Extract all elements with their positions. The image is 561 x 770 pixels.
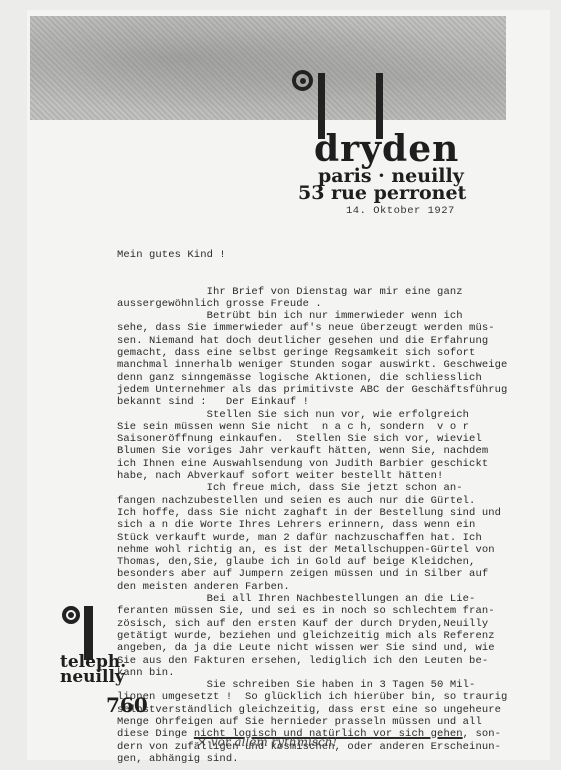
scan-smudge [30,16,506,120]
text-line: lionen umgesetzt ! So glücklich ich hier… [117,691,517,703]
salutation: Mein gutes Kind ! [117,249,517,261]
text-line: gemacht, dass eine selbst geringe Regsam… [117,347,517,359]
text-line: Ich hoffe, dass Sie nicht zaghaft in der… [117,507,517,519]
ring-icon [62,606,80,624]
text-line: Saisoneröffnung einkaufen. Stellen Sie s… [117,433,517,445]
text-line: Thomas, den,Sie, glaube ich in Gold auf … [117,556,517,568]
text-line: habe, nach Abverkauf sofort weiter beste… [117,470,517,482]
text-line: Betrübt bin ich nur immerwieder wenn ich [117,310,517,322]
text-line: denn ganz sinngemässe logische Aktionen,… [117,372,517,384]
text-line: nehme wohl richtig an, es ist der Metall… [117,544,517,556]
body-text: Ihr Brief von Dienstag war mir eine ganz… [117,286,517,766]
text-line: angeben, da ja die Leute nicht wissen we… [117,642,517,654]
text-line: gen, abhängig sind. [117,753,517,765]
text-line: Stück verkauft wurde, man 2 dafür nachzu… [117,532,517,544]
text-line: Ich freue mich, dass Sie jetzt schon an- [117,482,517,494]
text-line: bekannt sind : Der Einkauf ! [117,396,517,408]
text-line: Blumen Sie voriges Jahr verkauft hätten,… [117,445,517,457]
telephone-block: teleph. neuilly [60,655,126,685]
company-name: dryden [314,128,459,170]
text-line: aussergewöhnlich grosse Freude . [117,298,517,310]
text-line: jedem Unternehmer als das primitivste AB… [117,384,517,396]
text-line: Menge Ohrfeigen auf Sie hernieder prasse… [117,716,517,728]
telephone-number: 760 [106,693,148,717]
text-line: fangen nachzubestellen und seien es auch… [117,495,517,507]
text-line: zösisch, sich auf den ersten Kauf der du… [117,618,517,630]
text-line: Stellen Sie sich nun vor, wie erfolgreic… [117,409,517,421]
text-line: ich Ihnen eine Auswahlsendung von Judith… [117,458,517,470]
text-line: manchmal innerhalb weniger Stunden sogar… [117,359,517,371]
text-line: Sie aus den Fakturen ersehen, lediglich … [117,655,517,667]
letter-body: Mein gutes Kind ! Ihr Brief von Dienstag… [117,249,517,765]
text-line: Bei all Ihren Nachbestellungen an die Li… [117,593,517,605]
text-line: kann bin. [117,667,517,679]
text-line: Ihr Brief von Dienstag war mir eine ganz [117,286,517,298]
text-line: sich a n die Worte Ihres Lehrers erinner… [117,519,517,531]
ring-icon [292,70,313,91]
telephone-city: neuilly [60,670,126,685]
text-line: den meisten anderen Farben. [117,581,517,593]
letter-date: 14. Oktober 1927 [346,205,455,217]
text-line: getätigt wurde, beziehen und gleichzeiti… [117,630,517,642]
text-line: feranten müssen Sie, und sei es in noch … [117,605,517,617]
text-line: Sie sein müssen wenn Sie nicht n a c h, … [117,421,517,433]
text-line: selbstverständlich gleichzeitig, dass er… [117,704,517,716]
company-address: 53 rue perronet [298,182,466,204]
text-line: besonders aber auf Jumpern zeigen müssen… [117,568,517,580]
text-line: sehe, dass Sie immerwieder auf's neue üb… [117,322,517,334]
text-line: sen. Niemand hat doch deutlicher gesehen… [117,335,517,347]
text-line: Sie schreiben Sie haben in 3 Tagen 50 Mi… [117,679,517,691]
handwritten-note: × vor allem rythmisch! [197,735,337,749]
